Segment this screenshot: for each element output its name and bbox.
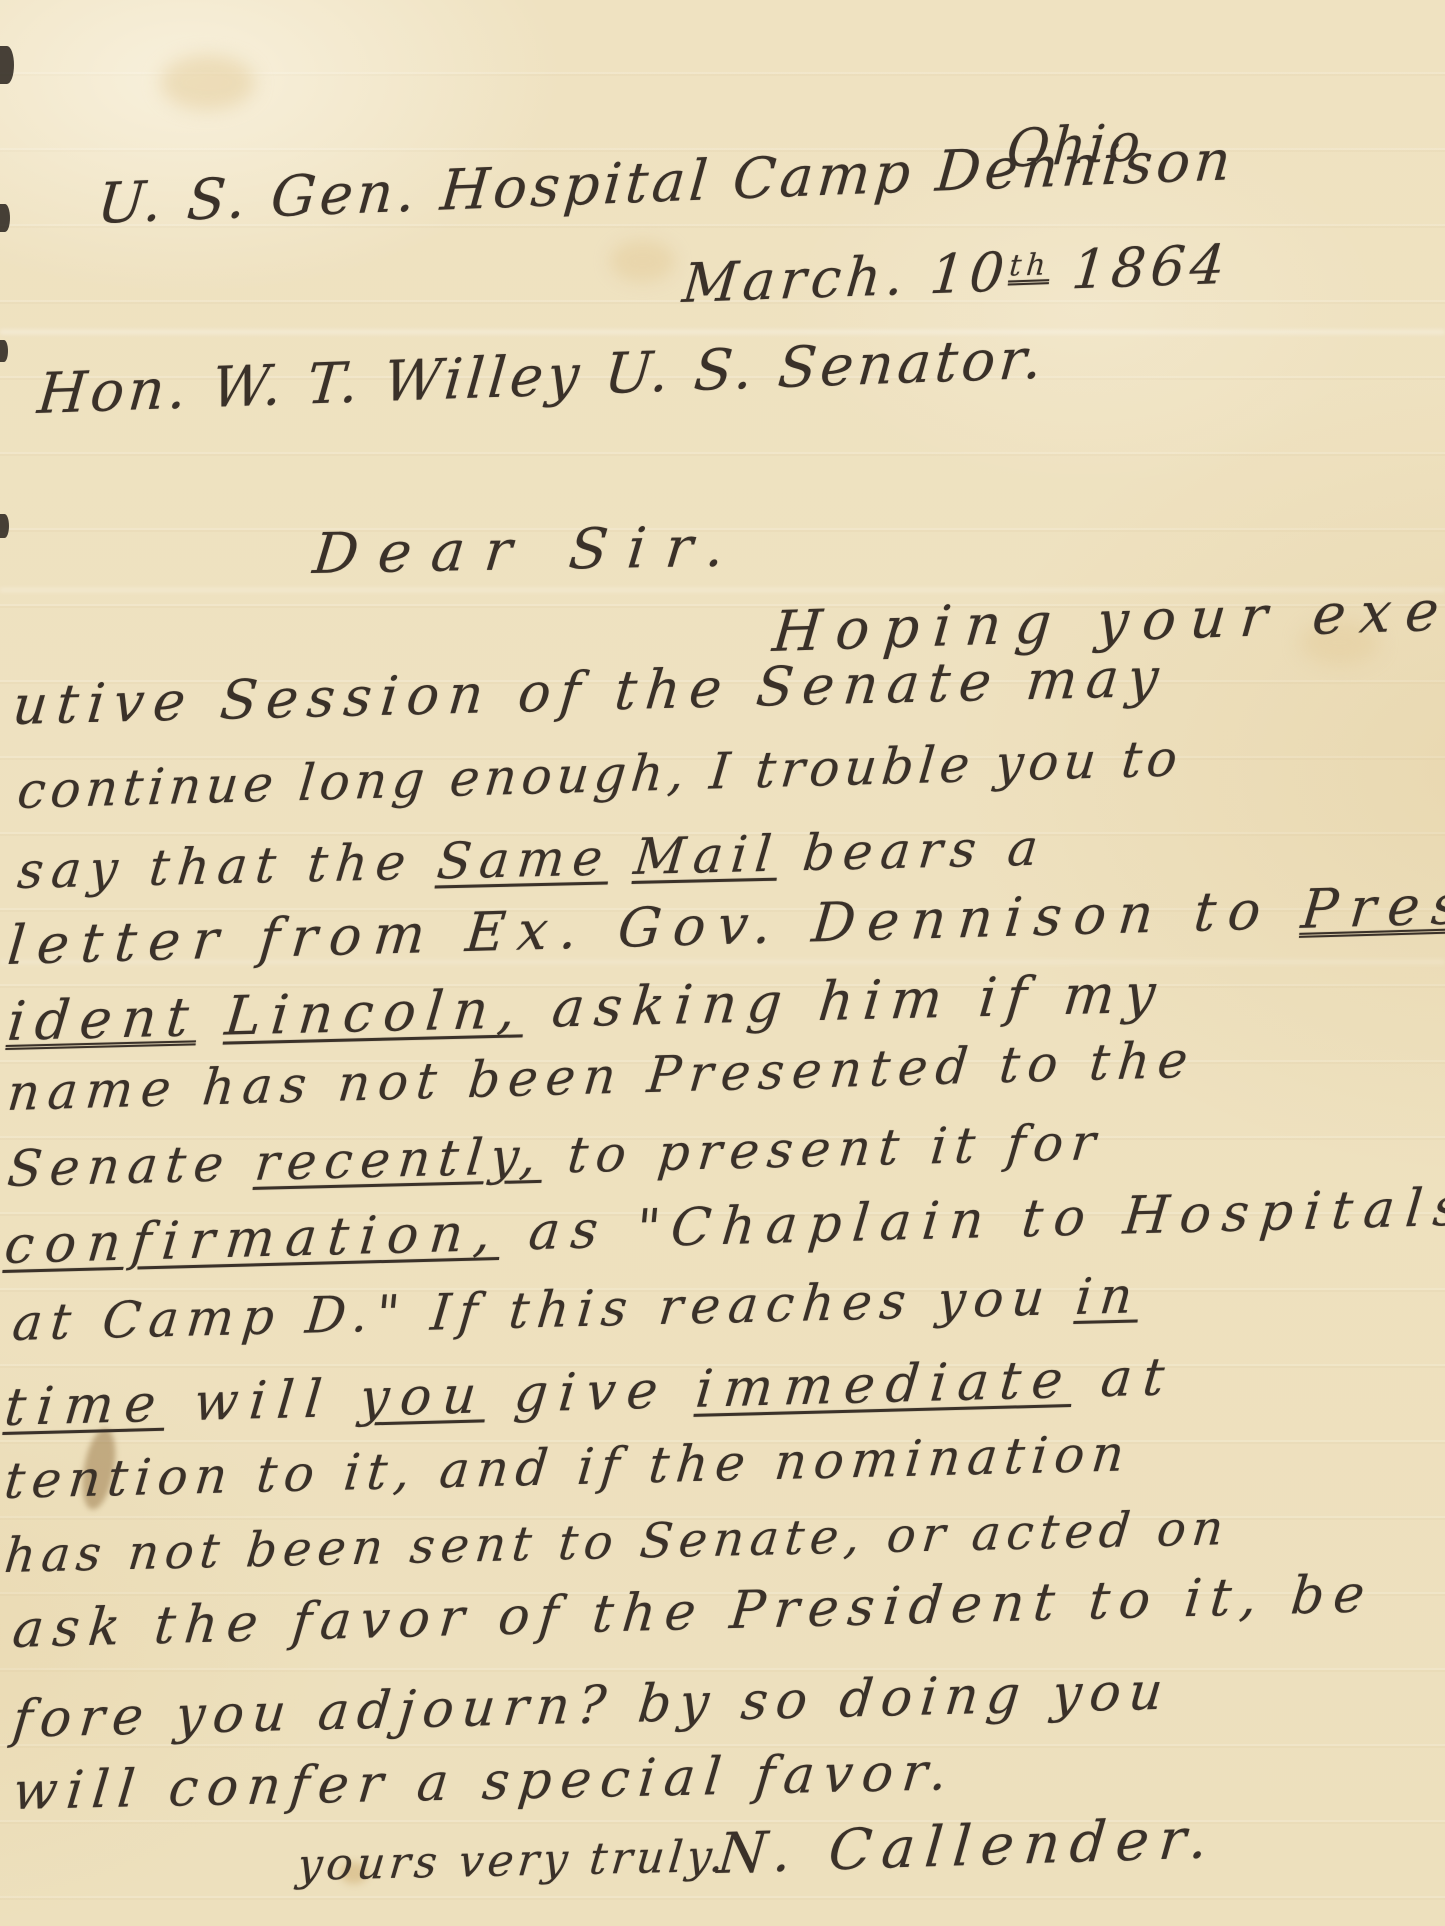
- body-line-15: fore you adjourn? by so doing you: [10, 1662, 1173, 1750]
- paper-crease: [0, 330, 1445, 334]
- body-line-10: at Camp D." If this reaches you in: [10, 1266, 1143, 1352]
- salutation-line: Dear Sir.: [310, 514, 747, 587]
- body-line-11: time will you give immediate at: [2, 1347, 1178, 1438]
- body-line-16: will confer a special favor.: [10, 1742, 959, 1822]
- body-line-8: Senate recently, to present it for: [5, 1113, 1106, 1198]
- body-line-4: say that the Same Mail bears a: [15, 819, 1049, 900]
- scan-edge-artifact: [0, 340, 8, 362]
- paper-stain: [610, 240, 675, 282]
- signature: N. Callender.: [715, 1806, 1220, 1887]
- scan-edge-artifact: [0, 46, 14, 84]
- body-line-12: tention to it, and if the nomination: [2, 1424, 1134, 1510]
- addressee-line: Hon. W. T. Willey U. S. Senator.: [35, 327, 1049, 427]
- paper-stain: [160, 55, 255, 110]
- body-line-13: has not been sent to Senate, or acted on: [2, 1500, 1232, 1584]
- scan-edge-artifact: [0, 204, 10, 232]
- body-line-3: continue long enough, I trouble you to: [15, 729, 1185, 820]
- scanned-letter-page: Ohio U. S. Gen. Hospital Camp Dennison M…: [0, 0, 1445, 1926]
- closing-line: yours very truly.: [295, 1831, 730, 1891]
- date-line: March. 10th 1864: [680, 233, 1232, 315]
- body-line-2: utive Session of the Senate may: [10, 646, 1170, 737]
- org-line: U. S. Gen. Hospital Camp Dennison: [95, 128, 1237, 237]
- scan-edge-artifact: [0, 514, 9, 538]
